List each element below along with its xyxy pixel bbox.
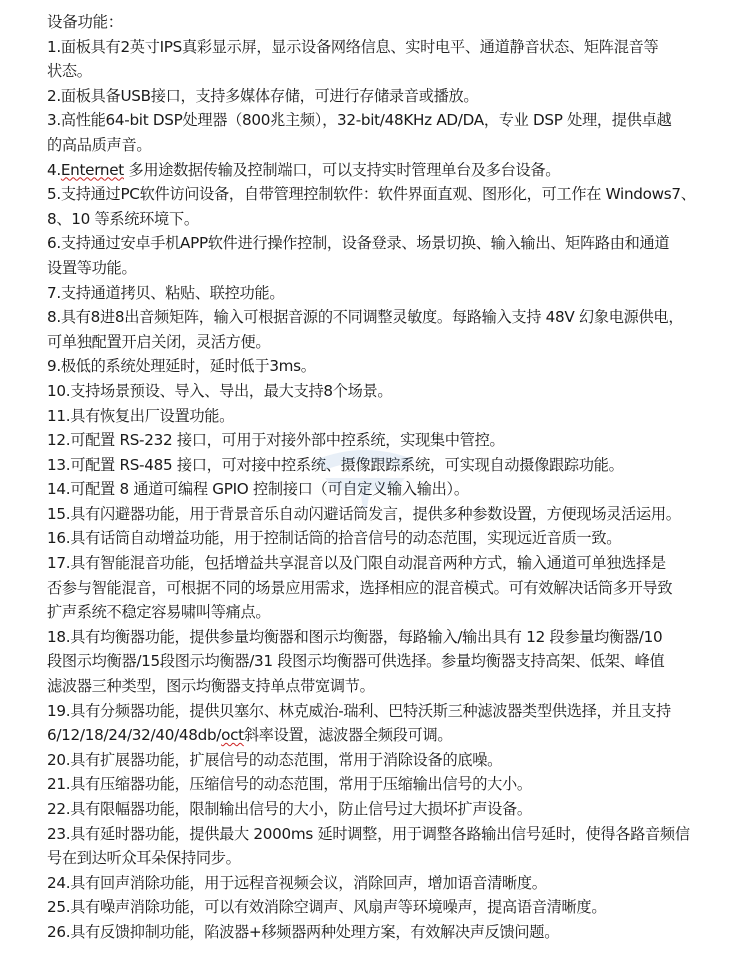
feature-line: 23.具有延时器功能，提供最大 2000ms 延时调整，用于调整各路输出信号延时…: [47, 822, 707, 847]
feature-line: 扩声系统不稳定容易啸叫等痛点。: [47, 600, 707, 625]
feature-line: 9.极低的系统处理延时，延时低于3ms。: [47, 354, 707, 379]
feature-line: 3.高性能64-bit DSP处理器（800兆主频），32-bit/48KHz …: [47, 108, 707, 133]
feature-line: 段图示均衡器/15段图示均衡器/31 段图示均衡器可供选择。参量均衡器支持高架、…: [47, 649, 707, 674]
section-heading: 设备功能：: [47, 10, 707, 35]
feature-line: 10.支持场景预设、导入、导出，最大支持8个场景。: [47, 379, 707, 404]
feature-text: 斜率设置，滤波器全频段可调。: [244, 726, 452, 744]
feature-line: 21.具有压缩器功能，压缩信号的动态范围，常用于压缩输出信号的大小。: [47, 772, 707, 797]
feature-line: 11.具有恢复出厂设置功能。: [47, 404, 707, 429]
feature-line: 26.具有反馈抑制功能，陷波器+移频器两种处理方案，有效解决声反馈问题。: [47, 920, 707, 945]
feature-line: 16.具有话筒自动增益功能，用于控制话筒的拾音信号的动态范围，实现远近音质一致。: [47, 526, 707, 551]
feature-line: 24.具有回声消除功能，用于远程音视频会议，消除回声，增加语音清晰度。: [47, 871, 707, 896]
feature-line: 号在到达听众耳朵保持同步。: [47, 846, 707, 871]
feature-line: 2.面板具备USB接口，支持多媒体存储，可进行存储录音或播放。: [47, 84, 707, 109]
feature-line: 否参与智能混音，可根据不同的场景应用需求，选择相应的混音模式。可有效解决话筒多开…: [47, 576, 707, 601]
feature-line: 15.具有闪避器功能，用于背景音乐自动闪避话筒发言，提供多种参数设置，方便现场灵…: [47, 502, 707, 527]
feature-text: 多用途数据传输及控制端口，可以支持实时管理单台及多台设备。: [124, 161, 560, 179]
spellcheck-underlined-word: oct: [221, 726, 244, 744]
feature-line: 20.具有扩展器功能，扩展信号的动态范围，常用于消除设备的底噪。: [47, 748, 707, 773]
feature-line: 7.支持通道拷贝、粘贴、联控功能。: [47, 281, 707, 306]
feature-line: 18.具有均衡器功能，提供参量均衡器和图示均衡器，每路输入/输出具有 12 段参…: [47, 625, 707, 650]
feature-line: 6.支持通过安卓手机APP软件进行操作控制，设备登录、场景切换、输入输出、矩阵路…: [47, 231, 707, 256]
feature-line: 13.可配置 RS-485 接口，可对接中控系统、摄像跟踪系统，可实现自动摄像跟…: [47, 453, 707, 478]
feature-line: 的高品质声音。: [47, 133, 707, 158]
feature-line: 设置等功能。: [47, 256, 707, 281]
feature-line: 状态。: [47, 59, 707, 84]
feature-line: 1.面板具有2英寸IPS真彩显示屏，显示设备网络信息、实时电平、通道静音状态、矩…: [47, 35, 707, 60]
feature-line-4: 4.Enternet 多用途数据传输及控制端口，可以支持实时管理单台及多台设备。: [47, 158, 707, 183]
feature-line: 8、10 等系统环境下。: [47, 207, 707, 232]
feature-line: 17.具有智能混音功能，包括增益共享混音以及门限自动混音两种方式，输入通道可单独…: [47, 551, 707, 576]
feature-line: 5.支持通过PC软件访问设备，自带管理控制软件：软件界面直观、图形化，可工作在 …: [47, 182, 707, 207]
feature-line: 12.可配置 RS-232 接口，可用于对接外部中控系统，实现集中管控。: [47, 428, 707, 453]
feature-line: 22.具有限幅器功能，限制输出信号的大小，防止信号过大损坏扩声设备。: [47, 797, 707, 822]
feature-line-19b: 6/12/18/24/32/40/48db/oct斜率设置，滤波器全频段可调。: [47, 723, 707, 748]
spellcheck-underlined-word: Enternet: [61, 161, 124, 179]
feature-line: 14.可配置 8 通道可编程 GPIO 控制接口（可自定义输入输出）。: [47, 477, 707, 502]
feature-line: 滤波器三种类型，图示均衡器支持单点带宽调节。: [47, 674, 707, 699]
feature-line: 25.具有噪声消除功能，可以有效消除空调声、风扇声等环境噪声，提高语音清晰度。: [47, 895, 707, 920]
feature-line: 19.具有分频器功能，提供贝塞尔、林克威治-瑞利、巴特沃斯三种滤波器类型供选择，…: [47, 699, 707, 724]
feature-line: 可单独配置开启关闭，灵活方便。: [47, 330, 707, 355]
feature-line: 8.具有8进8出音频矩阵，输入可根据音源的不同调整灵敏度。每路输入支持 48V …: [47, 305, 707, 330]
feature-number: 4.: [47, 161, 61, 179]
feature-list-document: 设备功能： 1.面板具有2英寸IPS真彩显示屏，显示设备网络信息、实时电平、通道…: [47, 10, 707, 945]
feature-text: 6/12/18/24/32/40/48db/: [47, 726, 221, 744]
